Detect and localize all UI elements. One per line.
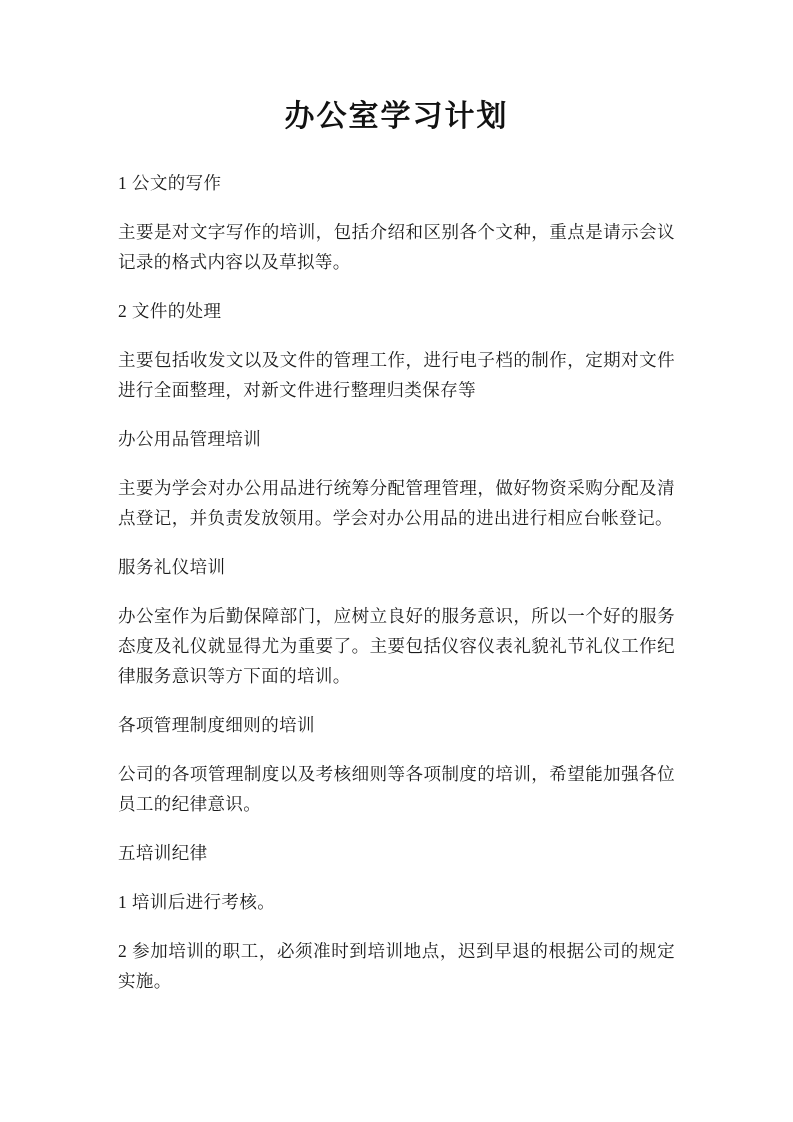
- document-title: 办公室学习计划: [118, 96, 675, 138]
- section-heading-file-handling: 2 文件的处理: [118, 296, 675, 326]
- paragraph-office-supplies: 主要为学会对办公用品进行统筹分配管理管理，做好物资采购分配及清点登记，并负责发放…: [118, 473, 675, 533]
- document-page: 办公室学习计划 1 公文的写作 主要是对文字写作的培训，包括介绍和区别各个文种，…: [0, 0, 793, 1122]
- paragraph-discipline-item-1: 1 培训后进行考核。: [118, 887, 675, 917]
- section-heading-management-rules: 各项管理制度细则的培训: [118, 710, 675, 740]
- paragraph-discipline-item-2: 2 参加培训的职工，必须准时到培训地点，迟到早退的根据公司的规定实施。: [118, 936, 675, 996]
- paragraph-file-handling: 主要包括收发文以及文件的管理工作，进行电子档的制作，定期对文件进行全面整理，对新…: [118, 345, 675, 405]
- section-heading-service-etiquette: 服务礼仪培训: [118, 552, 675, 582]
- section-heading-training-discipline: 五培训纪律: [118, 838, 675, 868]
- paragraph-service-etiquette: 办公室作为后勤保障部门，应树立良好的服务意识，所以一个好的服务态度及礼仪就显得尤…: [118, 601, 675, 691]
- section-heading-office-supplies: 办公用品管理培训: [118, 424, 675, 454]
- paragraph-public-writing: 主要是对文字写作的培训，包括介绍和区别各个文种，重点是请示会议记录的格式内容以及…: [118, 217, 675, 277]
- paragraph-management-rules: 公司的各项管理制度以及考核细则等各项制度的培训，希望能加强各位员工的纪律意识。: [118, 759, 675, 819]
- section-heading-public-writing: 1 公文的写作: [118, 168, 675, 198]
